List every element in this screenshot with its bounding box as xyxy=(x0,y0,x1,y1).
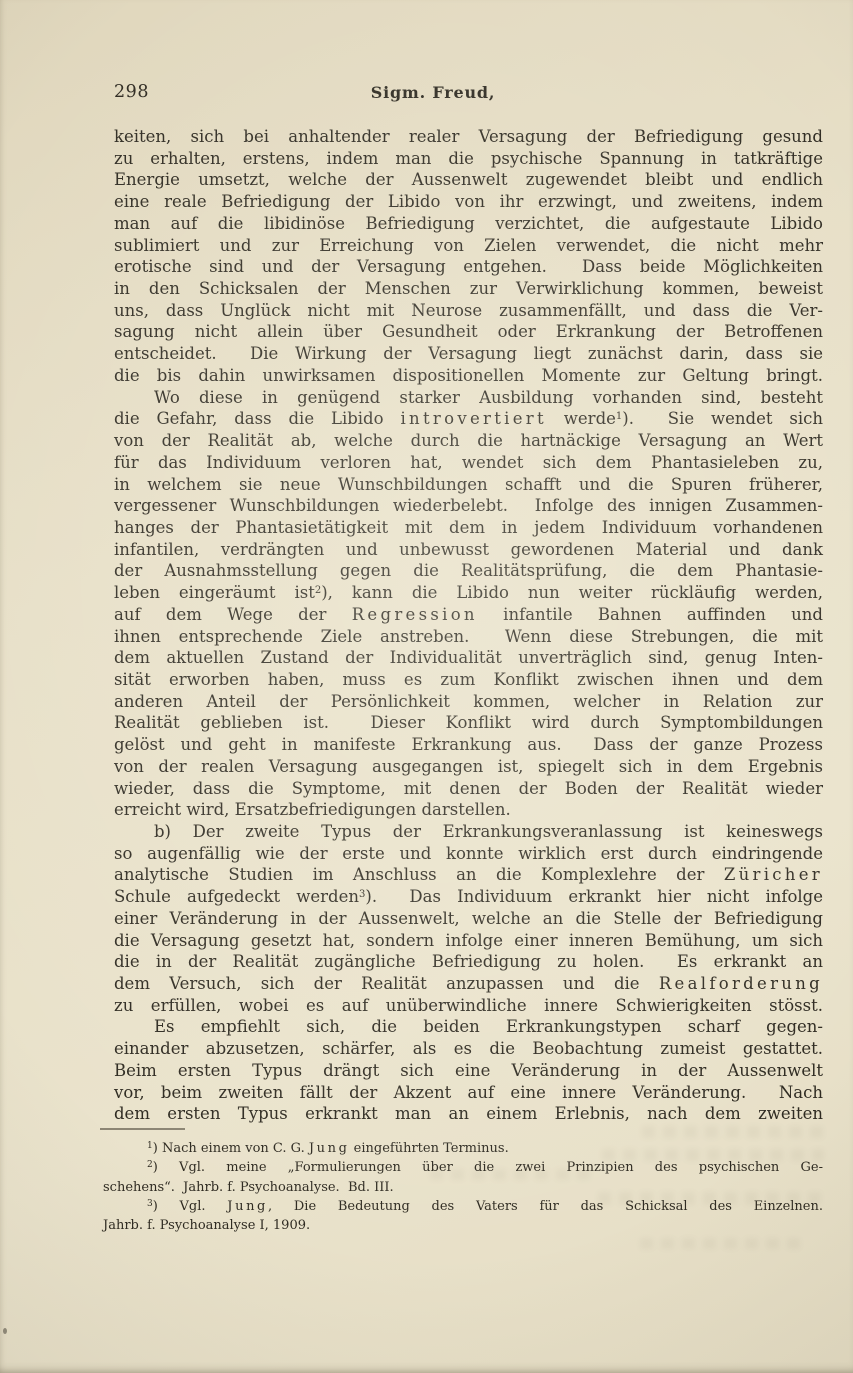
text-line: Wo diese in genügend starker Ausbildung … xyxy=(114,387,823,409)
text-run: dem aktuellen Zustand der Individualität… xyxy=(114,648,823,667)
text-run: b) Der zweite Typus der Erkrankungsveran… xyxy=(154,822,823,841)
letterspaced-term: Züricher xyxy=(724,865,823,884)
text-run: gelöst und geht in manifeste Erkrankung … xyxy=(114,735,823,754)
text-run: erreicht wird, Ersatzbefriedigungen dars… xyxy=(114,800,511,819)
text-run: dem ersten Typus erkrankt man an einem E… xyxy=(114,1104,823,1123)
text-line: für das Individuum verloren hat, wendet … xyxy=(114,452,823,474)
text-line: eine reale Befriedigung der Libido von i… xyxy=(114,191,823,213)
text-run: in welchem sie neue Wunschbildungen scha… xyxy=(114,475,823,494)
text-run: ). Sie wendet sich xyxy=(622,409,823,428)
text-line: Realität geblieben ist. Dieser Konflikt … xyxy=(114,712,823,734)
text-run: Schule aufgedeckt werden xyxy=(114,887,359,906)
text-run: ). Das Individuum erkrankt hier nicht in… xyxy=(365,887,823,906)
text-run: vor, beim zweiten fällt der Akzent auf e… xyxy=(114,1083,823,1102)
footnote-marker: 2 xyxy=(147,1160,153,1170)
text-line: sität erworben haben, muss es zum Konfli… xyxy=(114,669,823,691)
text-run: ) Vgl. meine „Formulierungen über die zw… xyxy=(153,1160,823,1175)
text-run: ) Vgl. xyxy=(153,1199,228,1214)
text-line: 3) Vgl. Jung, Die Bedeutung des Vaters f… xyxy=(103,1197,823,1216)
text-run: leben eingeräumt ist xyxy=(114,583,315,602)
text-run: Jahrb. f. Psychoanalyse I, 1909. xyxy=(103,1218,310,1233)
text-run: ), kann die Libido nun weiter rückläufig… xyxy=(321,583,823,602)
text-run: hanges der Phantasietätigkeit mit dem in… xyxy=(114,518,823,537)
text-run: die Versagung gesetzt hat, sondern infol… xyxy=(114,931,823,950)
text-line: keiten, sich bei anhaltender realer Vers… xyxy=(114,126,823,148)
page-number: 298 xyxy=(114,82,149,102)
text-line: zu erhalten, erstens, indem man die psyc… xyxy=(114,148,823,170)
text-run: sität erworben haben, muss es zum Konfli… xyxy=(114,670,823,689)
text-run: in den Schicksalen der Menschen zur Verw… xyxy=(114,279,823,298)
text-line: erreicht wird, Ersatzbefriedigungen dars… xyxy=(114,799,823,821)
letterspaced-term: Jung xyxy=(309,1141,350,1156)
text-line: Schule aufgedeckt werden3). Das Individu… xyxy=(114,886,823,908)
text-line: vor, beim zweiten fällt der Akzent auf e… xyxy=(114,1082,823,1104)
text-line: so augenfällig wie der erste und konnte … xyxy=(114,843,823,865)
text-run: von der Realität ab, welche durch die ha… xyxy=(114,431,823,450)
text-run: so augenfällig wie der erste und konnte … xyxy=(114,844,823,863)
text-line: sagung nicht allein über Gesundheit oder… xyxy=(114,321,823,343)
text-run: von der realen Versagung ausgegangen ist… xyxy=(114,757,823,776)
text-line: Jahrb. f. Psychoanalyse I, 1909. xyxy=(103,1216,823,1235)
text-line: die bis dahin unwirksamen dispositionell… xyxy=(114,365,823,387)
letterspaced-term: Jung xyxy=(227,1199,268,1214)
bleedthrough-smudge xyxy=(642,1126,825,1138)
text-line: vergessener Wunschbildungen wiederbelebt… xyxy=(114,495,823,517)
text-line: in welchem sie neue Wunschbildungen scha… xyxy=(114,474,823,496)
text-line: hanges der Phantasietätigkeit mit dem in… xyxy=(114,517,823,539)
text-run: man auf die libidinöse Befriedigung verz… xyxy=(114,214,823,233)
footnote-marker: 2 xyxy=(315,585,321,596)
page-header: 298 Sigm. Freud, xyxy=(114,82,823,106)
text-line: der Ausnahmsstellung gegen die Realitäts… xyxy=(114,560,823,582)
footnote-marker: 1 xyxy=(147,1141,153,1151)
text-line: Beim ersten Typus drängt sich eine Verän… xyxy=(114,1060,823,1082)
text-line: sublimiert und zur Erreichung von Zielen… xyxy=(114,235,823,257)
text-run: dem Versuch, sich der Realität anzupasse… xyxy=(114,974,659,993)
text-line: dem ersten Typus erkrankt man an einem E… xyxy=(114,1103,823,1125)
text-line: zu erfüllen, wobei es auf unüberwindlich… xyxy=(114,995,823,1017)
letterspaced-term: Regression xyxy=(352,605,478,624)
text-run: sublimiert und zur Erreichung von Zielen… xyxy=(114,236,823,255)
running-title: Sigm. Freud, xyxy=(371,83,496,102)
text-line: leben eingeräumt ist2), kann die Libido … xyxy=(114,582,823,604)
footnotes: 1) Nach einem von C. G. Jung eingeführte… xyxy=(103,1139,823,1235)
text-run: einer Veränderung in der Aussenwelt, wel… xyxy=(114,909,823,928)
text-line: 1) Nach einem von C. G. Jung eingeführte… xyxy=(103,1139,823,1158)
text-run: uns, dass Unglück nicht mit Neurose zusa… xyxy=(114,301,823,320)
text-line: schehens“. Jahrb. f. Psychoanalyse. Bd. … xyxy=(103,1178,823,1197)
text-run: wieder, dass die Symptome, mit denen der… xyxy=(114,779,823,798)
text-run: infantile Bahnen auffinden und xyxy=(478,605,823,624)
text-run: für das Individuum verloren hat, wendet … xyxy=(114,453,823,472)
text-line: in den Schicksalen der Menschen zur Verw… xyxy=(114,278,823,300)
text-run: erotische sind und der Versagung entgehe… xyxy=(114,257,823,276)
text-line: infantilen, verdrängten und unbewusst ge… xyxy=(114,539,823,561)
text-run: Realität geblieben ist. Dieser Konflikt … xyxy=(114,713,823,732)
text-run: die in der Realität zugängliche Befriedi… xyxy=(114,952,823,971)
scanned-book-page: 298 Sigm. Freud, keiten, sich bei anhalt… xyxy=(0,0,853,1373)
text-line: entscheidet. Die Wirkung der Versagung l… xyxy=(114,343,823,365)
text-run: ) Nach einem von C. G. xyxy=(153,1141,309,1156)
footnote-marker: 3 xyxy=(147,1199,153,1209)
letterspaced-term: Realforderung xyxy=(659,974,823,993)
text-run: ihnen entsprechende Ziele anstreben. Wen… xyxy=(114,627,823,646)
text-line: die in der Realität zugängliche Befriedi… xyxy=(114,951,823,973)
text-run: zu erhalten, erstens, indem man die psyc… xyxy=(114,149,823,168)
text-run: werde xyxy=(547,409,616,428)
text-line: wieder, dass die Symptome, mit denen der… xyxy=(114,778,823,800)
text-line: erotische sind und der Versagung entgehe… xyxy=(114,256,823,278)
text-line: gelöst und geht in manifeste Erkrankung … xyxy=(114,734,823,756)
letterspaced-term: introvertiert xyxy=(400,409,546,428)
text-run: anderen Anteil der Persönlichkeit kommen… xyxy=(114,692,823,711)
text-run: auf dem Wege der xyxy=(114,605,352,624)
bleedthrough-smudge xyxy=(640,1238,808,1249)
text-run: einander abzusetzen, schärfer, als es di… xyxy=(114,1039,823,1058)
text-line: 2) Vgl. meine „Formulierungen über die z… xyxy=(103,1158,823,1177)
text-line: die Gefahr, dass die Libido introvertier… xyxy=(114,408,823,430)
text-line: Es empfiehlt sich, die beiden Erkrankung… xyxy=(114,1016,823,1038)
text-line: anderen Anteil der Persönlichkeit kommen… xyxy=(114,691,823,713)
text-run: sagung nicht allein über Gesundheit oder… xyxy=(114,322,823,341)
text-run: die bis dahin unwirksamen dispositionell… xyxy=(114,366,823,385)
text-line: von der realen Versagung ausgegangen ist… xyxy=(114,756,823,778)
text-run: eingeführten Terminus. xyxy=(350,1141,509,1156)
text-line: auf dem Wege der Regression infantile Ba… xyxy=(114,604,823,626)
text-run: analytische Studien im Anschluss an die … xyxy=(114,865,724,884)
text-run: entscheidet. Die Wirkung der Versagung l… xyxy=(114,344,823,363)
text-line: analytische Studien im Anschluss an die … xyxy=(114,864,823,886)
text-run: vergessener Wunschbildungen wiederbelebt… xyxy=(114,496,823,515)
scan-speck xyxy=(3,1328,7,1334)
text-run: der Ausnahmsstellung gegen die Realitäts… xyxy=(114,561,823,580)
text-run: Beim ersten Typus drängt sich eine Verän… xyxy=(114,1061,823,1080)
text-line: man auf die libidinöse Befriedigung verz… xyxy=(114,213,823,235)
text-run: zu erfüllen, wobei es auf unüberwindlich… xyxy=(114,996,823,1015)
text-run: die Gefahr, dass die Libido xyxy=(114,409,400,428)
text-line: die Versagung gesetzt hat, sondern infol… xyxy=(114,930,823,952)
text-line: dem Versuch, sich der Realität anzupasse… xyxy=(114,973,823,995)
text-run: , Die Bedeutung des Vaters für das Schic… xyxy=(268,1199,823,1214)
text-run: Es empfiehlt sich, die beiden Erkrankung… xyxy=(154,1017,823,1036)
text-line: uns, dass Unglück nicht mit Neurose zusa… xyxy=(114,300,823,322)
text-run: Wo diese in genügend starker Ausbildung … xyxy=(154,388,823,407)
text-line: einer Veränderung in der Aussenwelt, wel… xyxy=(114,908,823,930)
text-line: einander abzusetzen, schärfer, als es di… xyxy=(114,1038,823,1060)
text-line: dem aktuellen Zustand der Individualität… xyxy=(114,647,823,669)
text-run: keiten, sich bei anhaltender realer Vers… xyxy=(114,127,823,146)
text-line: ihnen entsprechende Ziele anstreben. Wen… xyxy=(114,626,823,648)
footnote-rule xyxy=(100,1128,185,1130)
text-line: b) Der zweite Typus der Erkrankungsveran… xyxy=(114,821,823,843)
text-run: schehens“. Jahrb. f. Psychoanalyse. Bd. … xyxy=(103,1180,394,1195)
text-line: Energie umsetzt, welche der Aussenwelt z… xyxy=(114,169,823,191)
text-run: infantilen, verdrängten und unbewusst ge… xyxy=(114,540,823,559)
body-text: keiten, sich bei anhaltender realer Vers… xyxy=(114,126,823,1125)
text-run: eine reale Befriedigung der Libido von i… xyxy=(114,192,823,211)
footnote-marker: 1 xyxy=(616,411,622,422)
text-line: von der Realität ab, welche durch die ha… xyxy=(114,430,823,452)
footnote-marker: 3 xyxy=(359,889,365,900)
text-run: Energie umsetzt, welche der Aussenwelt z… xyxy=(114,170,823,189)
